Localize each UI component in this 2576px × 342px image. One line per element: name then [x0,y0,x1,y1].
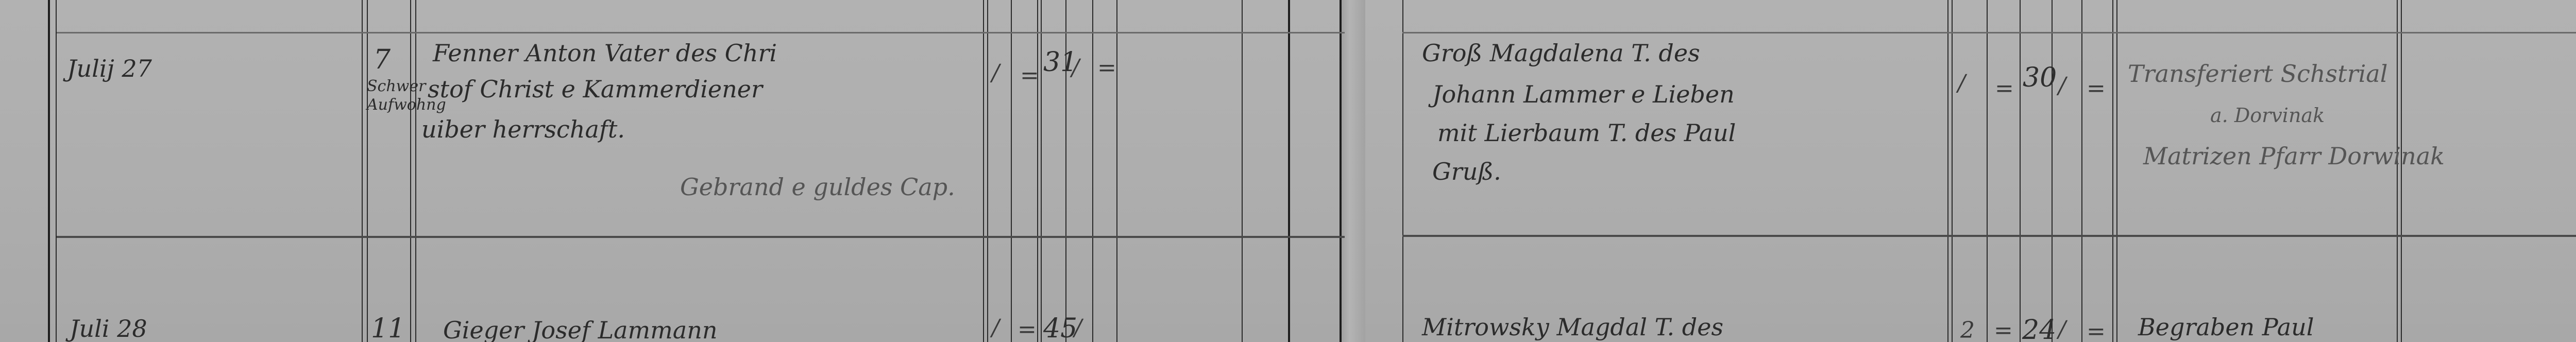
tally-mark: = [1097,57,1116,79]
rule-vertical [1011,0,1012,342]
cause-of-death: Gebrand e guldes Cap. [680,175,955,199]
age-value: 45 [1043,315,1077,342]
age-value: 24 [2022,317,2056,342]
rule-vertical [1947,0,1948,342]
tally-mark: = [2087,320,2106,342]
deceased-name-line: Groß Magdalena T. des [1422,41,1700,65]
rule-vertical [1402,0,1403,342]
deceased-name-line: Mitrowsky Magdal T. des [1422,315,1723,339]
tally-mark: / [2058,75,2066,97]
remarks-line: Begraben Paul [2138,315,2314,339]
book-gutter [1340,0,1365,342]
rule-vertical [2116,0,2117,342]
rule-horizontal-entry-separator [57,236,1345,238]
rule-vertical [415,0,416,342]
rule-vertical [987,0,988,342]
tally-mark: / [992,62,999,84]
remarks-line: Matrizen Pfarr Dorwinak [2143,144,2445,168]
tally-mark: / [1072,57,1079,79]
deceased-name-line: Johann Lammer e Lieben [1432,82,1735,106]
rule-horizontal-entry-separator [1402,235,2576,237]
tally-mark: / [1074,317,1082,339]
rule-vertical [1037,0,1038,342]
deceased-name-line: Gieger Josef Lammann [443,318,717,342]
deceased-name-line: mit Lierbaum T. des Paul [1437,121,1736,145]
deceased-name-line: Fenner Anton Vater des Chri [433,41,777,65]
tally-mark: / [1958,72,1965,95]
rule-vertical [2401,0,2402,342]
rule-vertical [48,0,50,342]
rule-vertical [410,0,411,342]
tally-mark: 2 [1960,319,1975,342]
rule-vertical [367,0,368,342]
tally-mark: = [1018,318,1037,341]
rule-vertical [1987,0,1988,342]
deceased-name-line: stof Christ e Kammerdiener [428,77,762,101]
rule-horizontal-top [57,32,1345,33]
rule-vertical [1288,0,1290,342]
rule-vertical [2081,0,2082,342]
tally-mark: / [2058,318,2066,341]
rule-vertical [1242,0,1243,342]
entry-date: Julij 27 [67,57,152,80]
deceased-name-line: uiber herrschaft. [421,117,625,141]
tally-mark: = [1994,319,2013,342]
rule-vertical [2020,0,2021,342]
rule-vertical [1952,0,1953,342]
age-value: 30 [2023,64,2057,91]
rule-vertical [1041,0,1042,342]
tally-mark: = [1995,77,2014,100]
entry-date: Juli 28 [70,317,147,340]
rule-vertical [2112,0,2113,342]
remarks-line: a. Dorvinak [2210,106,2325,125]
house-note: Schwer Aufwohng [367,77,413,114]
rule-vertical [1340,0,1342,342]
house-number: 7 [374,46,391,73]
rule-vertical [1092,0,1093,342]
tally-mark: = [1020,64,1039,87]
rule-vertical [983,0,984,342]
house-number: 11 [371,315,405,342]
remarks-line: Transferiert Schstrial [2128,62,2387,85]
rule-vertical [2052,0,2053,342]
deceased-name-line: Gruß. [1432,160,1501,183]
rule-horizontal-top [1402,32,2576,33]
rule-vertical [2397,0,2398,342]
rule-vertical [1116,0,1117,342]
rule-vertical [362,0,363,342]
tally-mark: = [2087,77,2106,100]
rule-vertical [56,0,57,342]
tally-mark: / [992,317,999,339]
